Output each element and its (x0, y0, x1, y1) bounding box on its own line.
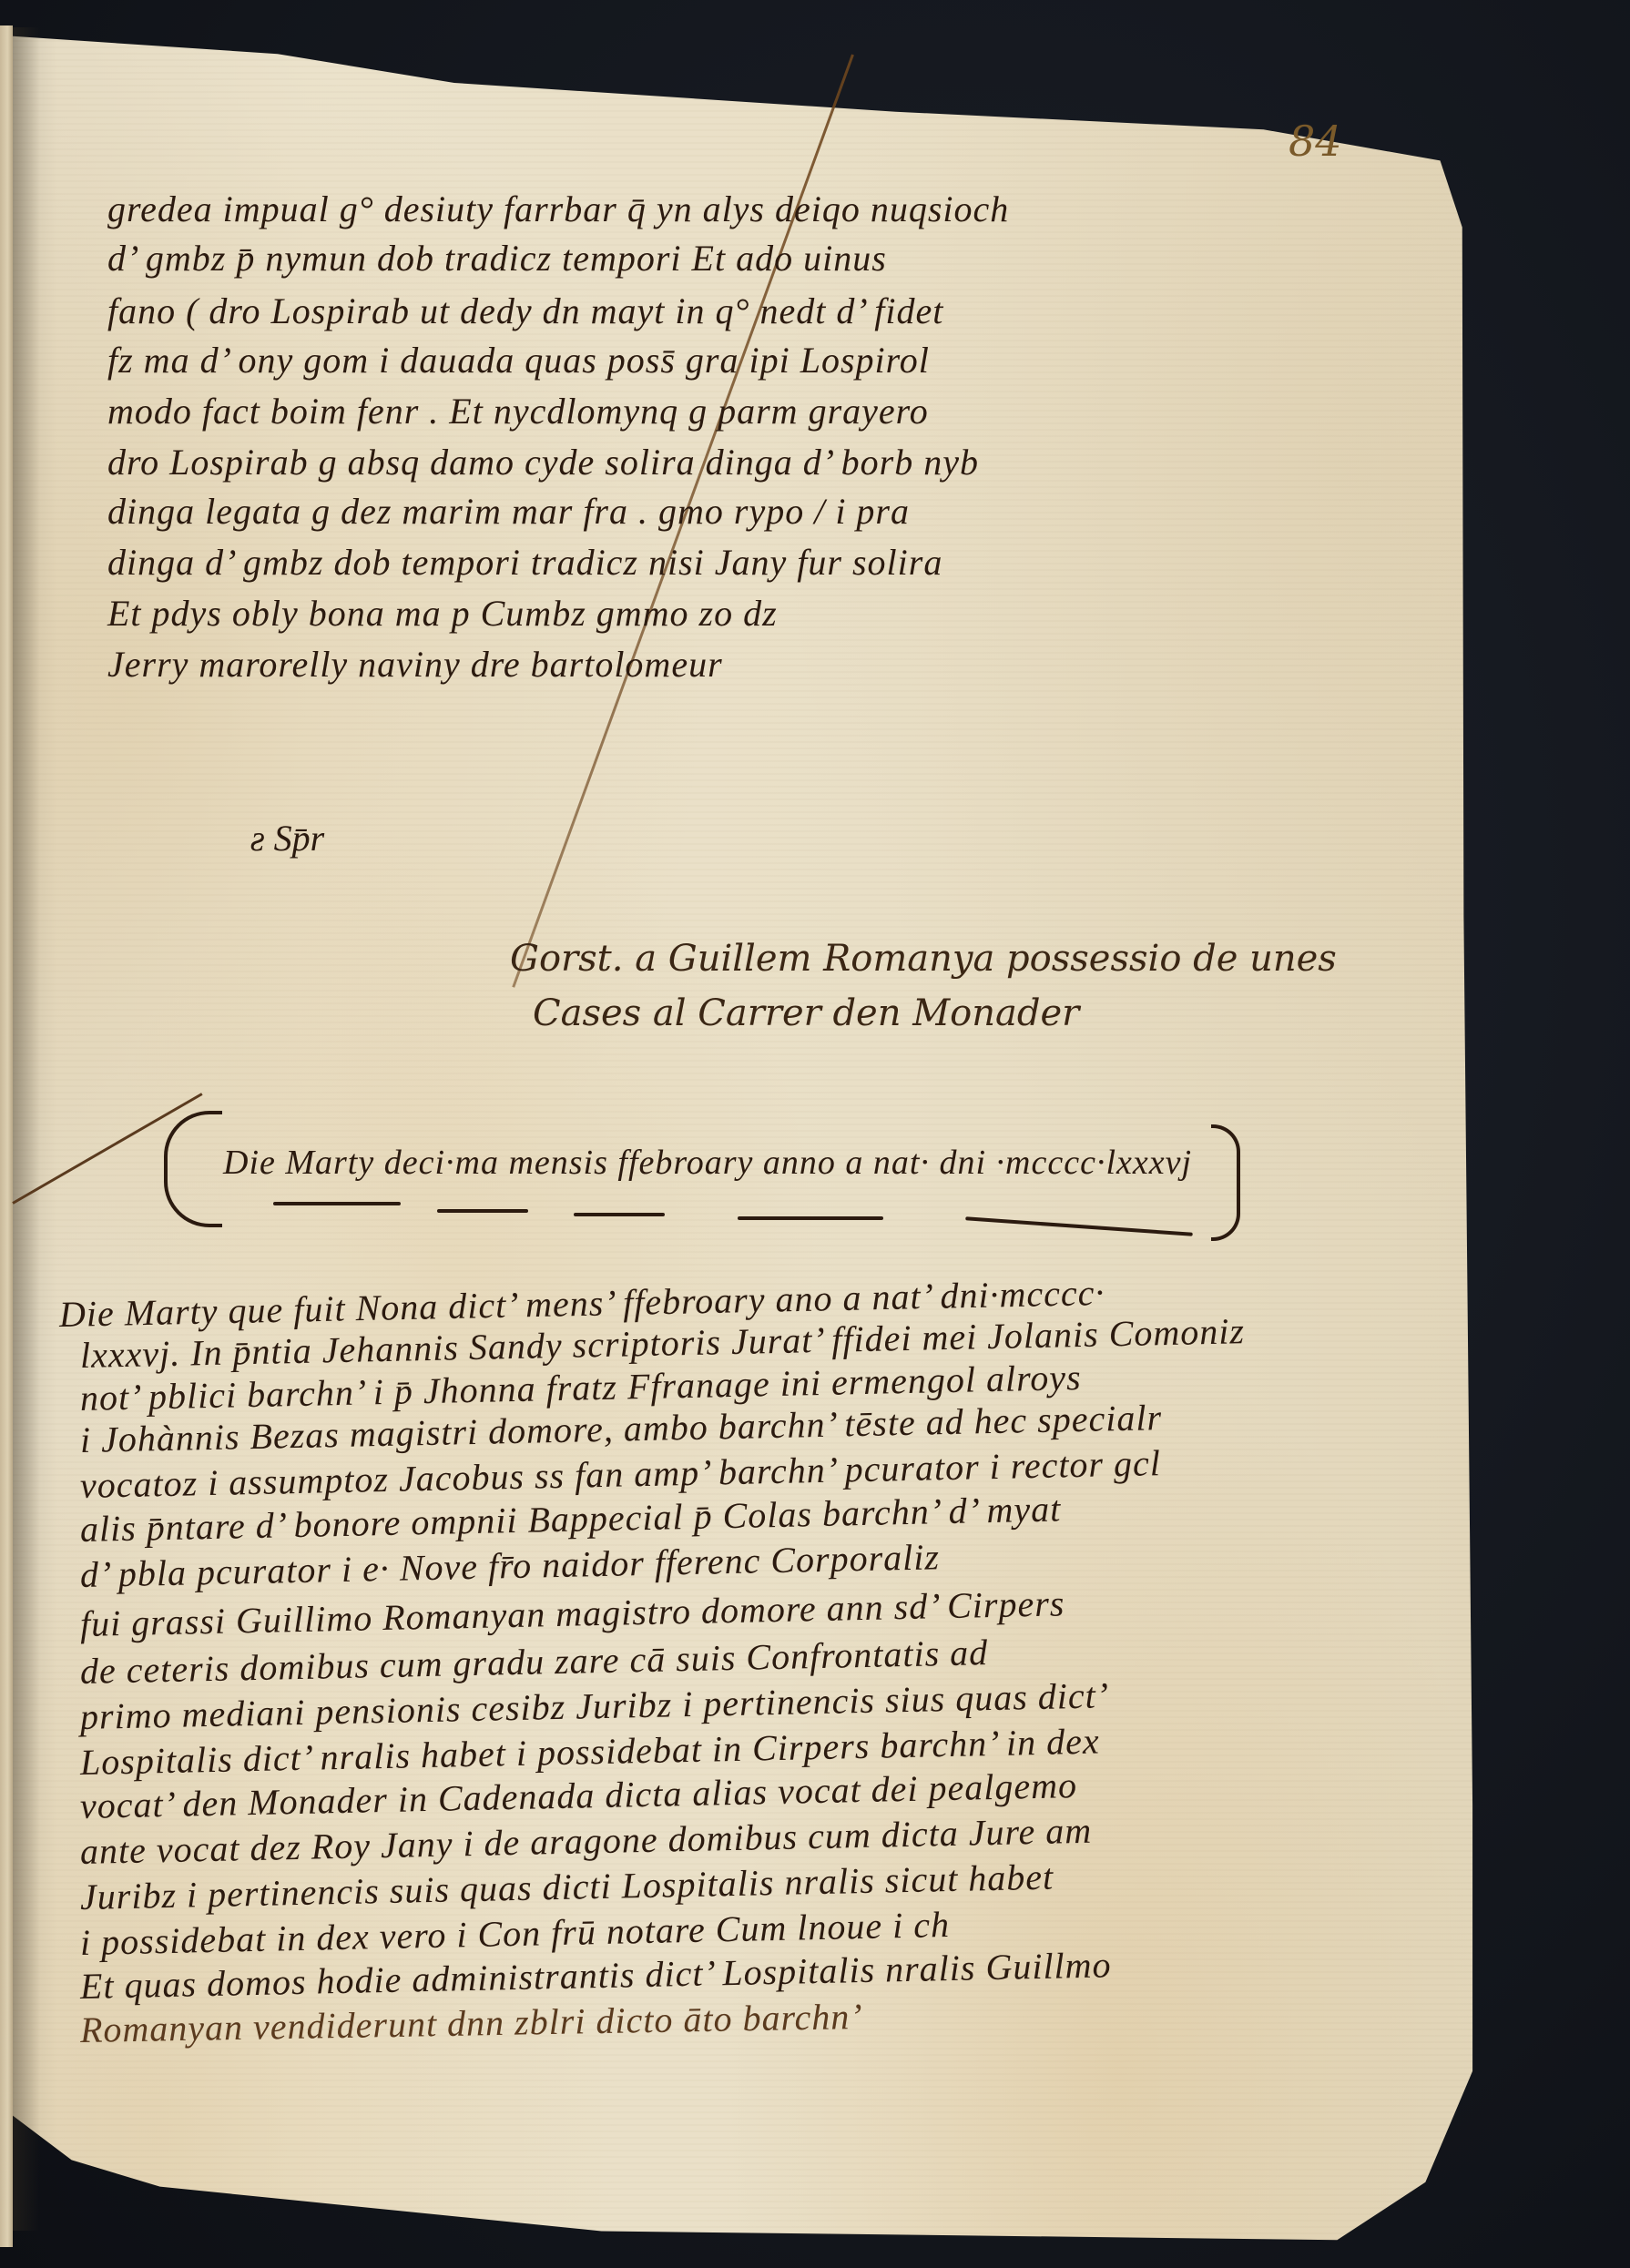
manuscript-line: d’ gmbz p̄ nymun dob tradicz tempori Et … (107, 237, 887, 280)
gutter-shadow (13, 27, 40, 2231)
heading-flourish (574, 1213, 665, 1216)
manuscript-line: dinga d’ gmbz dob tempori tradicz nisi J… (107, 541, 942, 584)
heading-flourish (273, 1202, 401, 1205)
heading-flourish (437, 1209, 528, 1213)
marginal-note-line-1: Gorst. a Guillem Romanya possessio de un… (510, 938, 1337, 980)
manuscript-line: dro Lospirab g absq damo cyde solira din… (107, 441, 979, 483)
manuscript-line: dinga legata g dez marim mar fra . gmo r… (107, 490, 910, 533)
manuscript-line: fano ( dro Lospirab ut dedy dn mayt in q… (107, 290, 943, 332)
manuscript-line: fz ma d’ ony gom i dauada quas poss̄ gra… (107, 339, 930, 381)
heading-flourish (738, 1216, 883, 1220)
manuscript-line: Jerry marorelly naviny dre bartolomeur (107, 643, 723, 686)
folio-number: 84 (1289, 117, 1342, 166)
manuscript-line: modo fact boim fenr . Et nycdlomynq g pa… (107, 390, 929, 432)
heading-bracket-right (1211, 1124, 1240, 1241)
manuscript-line: Et pdys obly bona ma p Cumbz gmmo zo dz (107, 592, 778, 635)
manuscript-line: gredea impual g° desiuty farrbar q̄ yn a… (107, 188, 1009, 230)
marginal-note-line-2: Cases al Carrer den Monader (533, 992, 1079, 1034)
previous-leaf-edge (0, 25, 13, 2247)
heading-text: Die Marty deci·ma mensis ffebroary anno … (223, 1143, 1192, 1183)
notarial-sign: ƨ Sp̄r (250, 817, 324, 859)
